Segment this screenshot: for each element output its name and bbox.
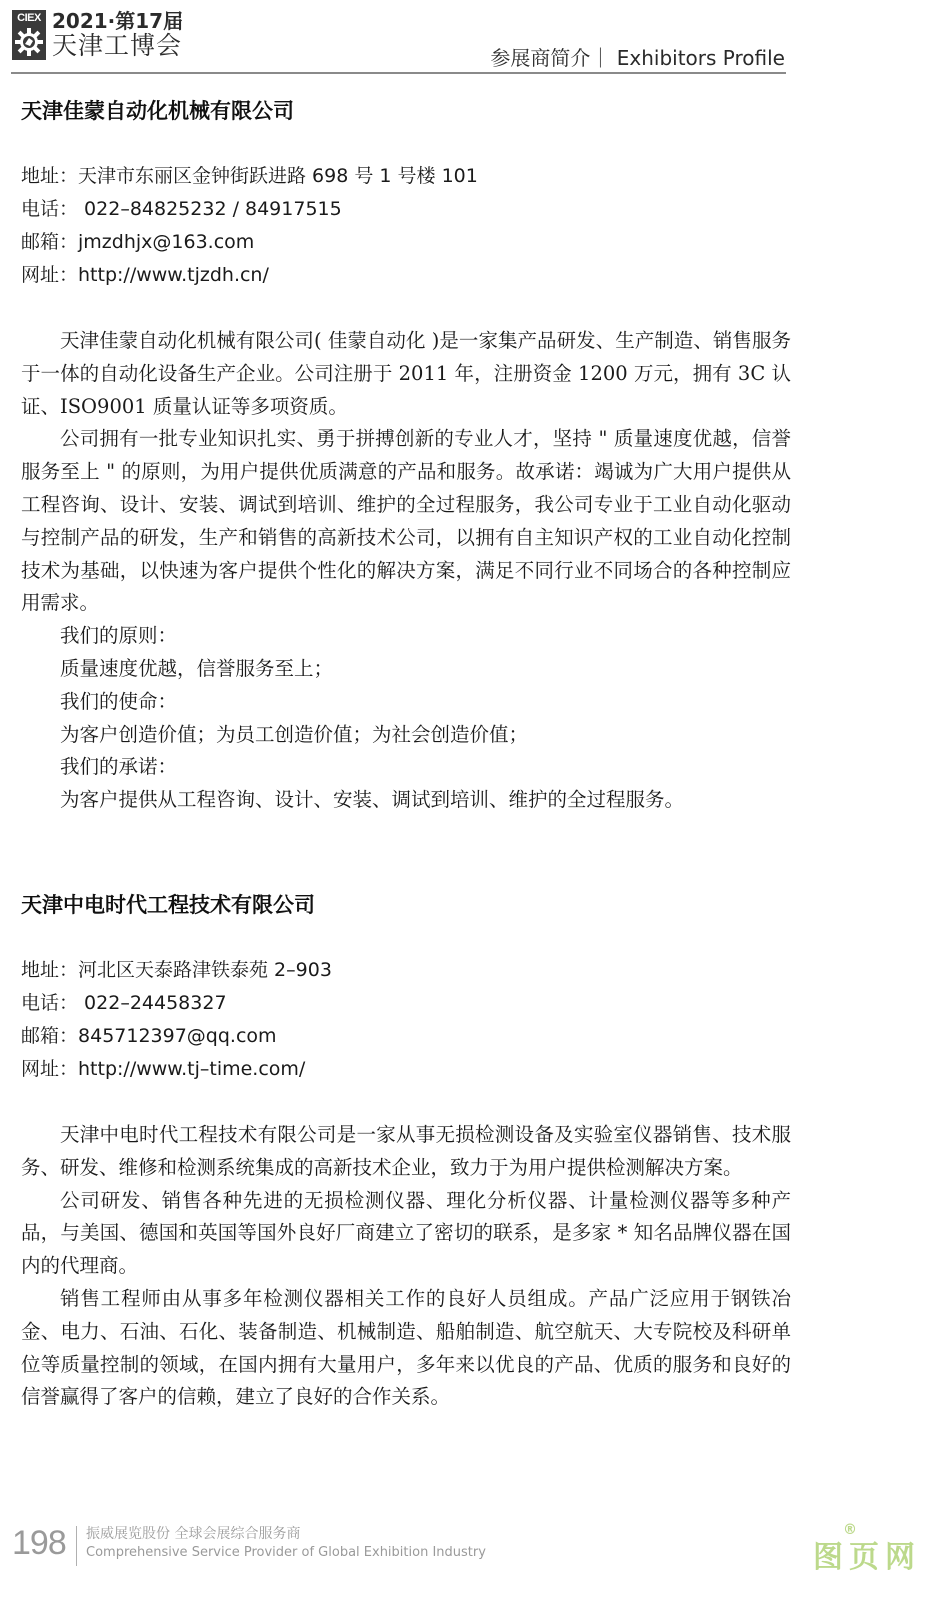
mission-heading: 我们的使命： [21, 686, 791, 719]
phone-row: 电话： 022–84825232 / 84917515 [21, 193, 791, 226]
page-header: CIEX 2021·第17届 天津工博会 [0, 0, 937, 80]
website-label: 网址： [21, 1058, 78, 1080]
address-row: 地址：天津市东丽区金钟街跃进路 698 号 1 号楼 101 [21, 160, 791, 193]
registered-mark-icon: ® [843, 1522, 863, 1538]
logo-mark: CIEX [12, 10, 46, 60]
description-paragraph: 公司研发、销售各种先进的无损检测仪器、理化分析仪器、计量检测仪器等多种产品，与美… [21, 1185, 791, 1283]
phone-label: 电话： [21, 198, 78, 220]
header-divider [11, 72, 786, 74]
address-label: 地址： [21, 165, 78, 187]
email-row: 邮箱：jmzdhjx@163.com [21, 226, 791, 259]
website-row: 网址：http://www.tjzdh.cn/ [21, 259, 791, 292]
commitment-text: 为客户提供从工程咨询、设计、安装、调试到培训、维护的全过程服务。 [21, 784, 791, 817]
company-name: 天津佳蒙自动化机械有限公司 [21, 96, 791, 126]
address-label: 地址： [21, 959, 78, 981]
phone-row: 电话： 022–24458327 [21, 987, 791, 1020]
page-footer: 198 振威展览股份 全球会展综合服务商 Comprehensive Servi… [0, 1520, 937, 1600]
company-description: 天津佳蒙自动化机械有限公司( 佳蒙自动化 )是一家集产品研发、生产制造、销售服务… [21, 325, 791, 817]
phone-value: 022–24458327 [78, 992, 227, 1014]
company-description: 天津中电时代工程技术有限公司是一家从事无损检测设备及实验室仪器销售、技术服务、研… [21, 1119, 791, 1414]
expo-edition: 2021·第17届 [52, 10, 183, 32]
website-label: 网址： [21, 264, 78, 286]
mission-text: 为客户创造价值；为员工创造价值；为社会创造价值； [21, 719, 791, 752]
website-link[interactable]: http://www.tj–time.com/ [78, 1058, 305, 1080]
section-label: 参展商简介｜ Exhibitors Profile [490, 42, 785, 71]
page-number: 198 [12, 1524, 66, 1563]
email-value: jmzdhjx@163.com [78, 231, 254, 253]
ciex-logo: CIEX 2021·第17届 天津工博会 [12, 10, 183, 60]
email-value: 845712397@qq.com [78, 1025, 277, 1047]
watermark-text: 图页网 [813, 1540, 921, 1575]
email-label: 邮箱： [21, 231, 78, 253]
watermark-logo: 图页网 ® [813, 1532, 921, 1576]
commitment-heading: 我们的承诺： [21, 751, 791, 784]
company-profile: 天津佳蒙自动化机械有限公司 地址：天津市东丽区金钟街跃进路 698 号 1 号楼… [21, 96, 791, 817]
phone-label: 电话： [21, 992, 78, 1014]
description-paragraph: 天津中电时代工程技术有限公司是一家从事无损检测设备及实验室仪器销售、技术服务、研… [21, 1119, 791, 1185]
contact-info: 地址：河北区天泰路津铁泰苑 2–903 电话： 022–24458327 邮箱：… [21, 954, 791, 1086]
principle-heading: 我们的原则： [21, 620, 791, 653]
description-paragraph: 销售工程师由从事多年检测仪器相关工作的良好人员组成。产品广泛应用于钢铁冶金、电力… [21, 1283, 791, 1414]
principle-text: 质量速度优越，信誉服务至上； [21, 653, 791, 686]
website-row: 网址：http://www.tj–time.com/ [21, 1053, 791, 1086]
logo-text: 2021·第17届 天津工博会 [52, 10, 183, 60]
email-label: 邮箱： [21, 1025, 78, 1047]
address-row: 地址：河北区天泰路津铁泰苑 2–903 [21, 954, 791, 987]
phone-value: 022–84825232 / 84917515 [78, 198, 342, 220]
description-paragraph: 公司拥有一批专业知识扎实、勇于拼搏创新的专业人才，坚持 " 质量速度优越，信誉服… [21, 423, 791, 620]
address-value: 河北区天泰路津铁泰苑 2–903 [78, 959, 332, 981]
logo-abbr: CIEX [17, 11, 41, 25]
website-link[interactable]: http://www.tjzdh.cn/ [78, 264, 269, 286]
footer-divider [76, 1526, 77, 1566]
company-profile: 天津中电时代工程技术有限公司 地址：河北区天泰路津铁泰苑 2–903 电话： 0… [21, 890, 791, 1414]
description-paragraph: 天津佳蒙自动化机械有限公司( 佳蒙自动化 )是一家集产品研发、生产制造、销售服务… [21, 325, 791, 423]
tagline-cn: 振威展览股份 全球会展综合服务商 [86, 1524, 486, 1544]
contact-info: 地址：天津市东丽区金钟街跃进路 698 号 1 号楼 101 电话： 022–8… [21, 160, 791, 292]
company-name: 天津中电时代工程技术有限公司 [21, 890, 791, 920]
gear-icon [14, 27, 44, 57]
email-row: 邮箱：845712397@qq.com [21, 1020, 791, 1053]
address-value: 天津市东丽区金钟街跃进路 698 号 1 号楼 101 [78, 165, 478, 187]
tagline-en: Comprehensive Service Provider of Global… [86, 1544, 486, 1562]
expo-name: 天津工博会 [52, 32, 183, 60]
footer-tagline: 振威展览股份 全球会展综合服务商 Comprehensive Service P… [86, 1524, 486, 1562]
